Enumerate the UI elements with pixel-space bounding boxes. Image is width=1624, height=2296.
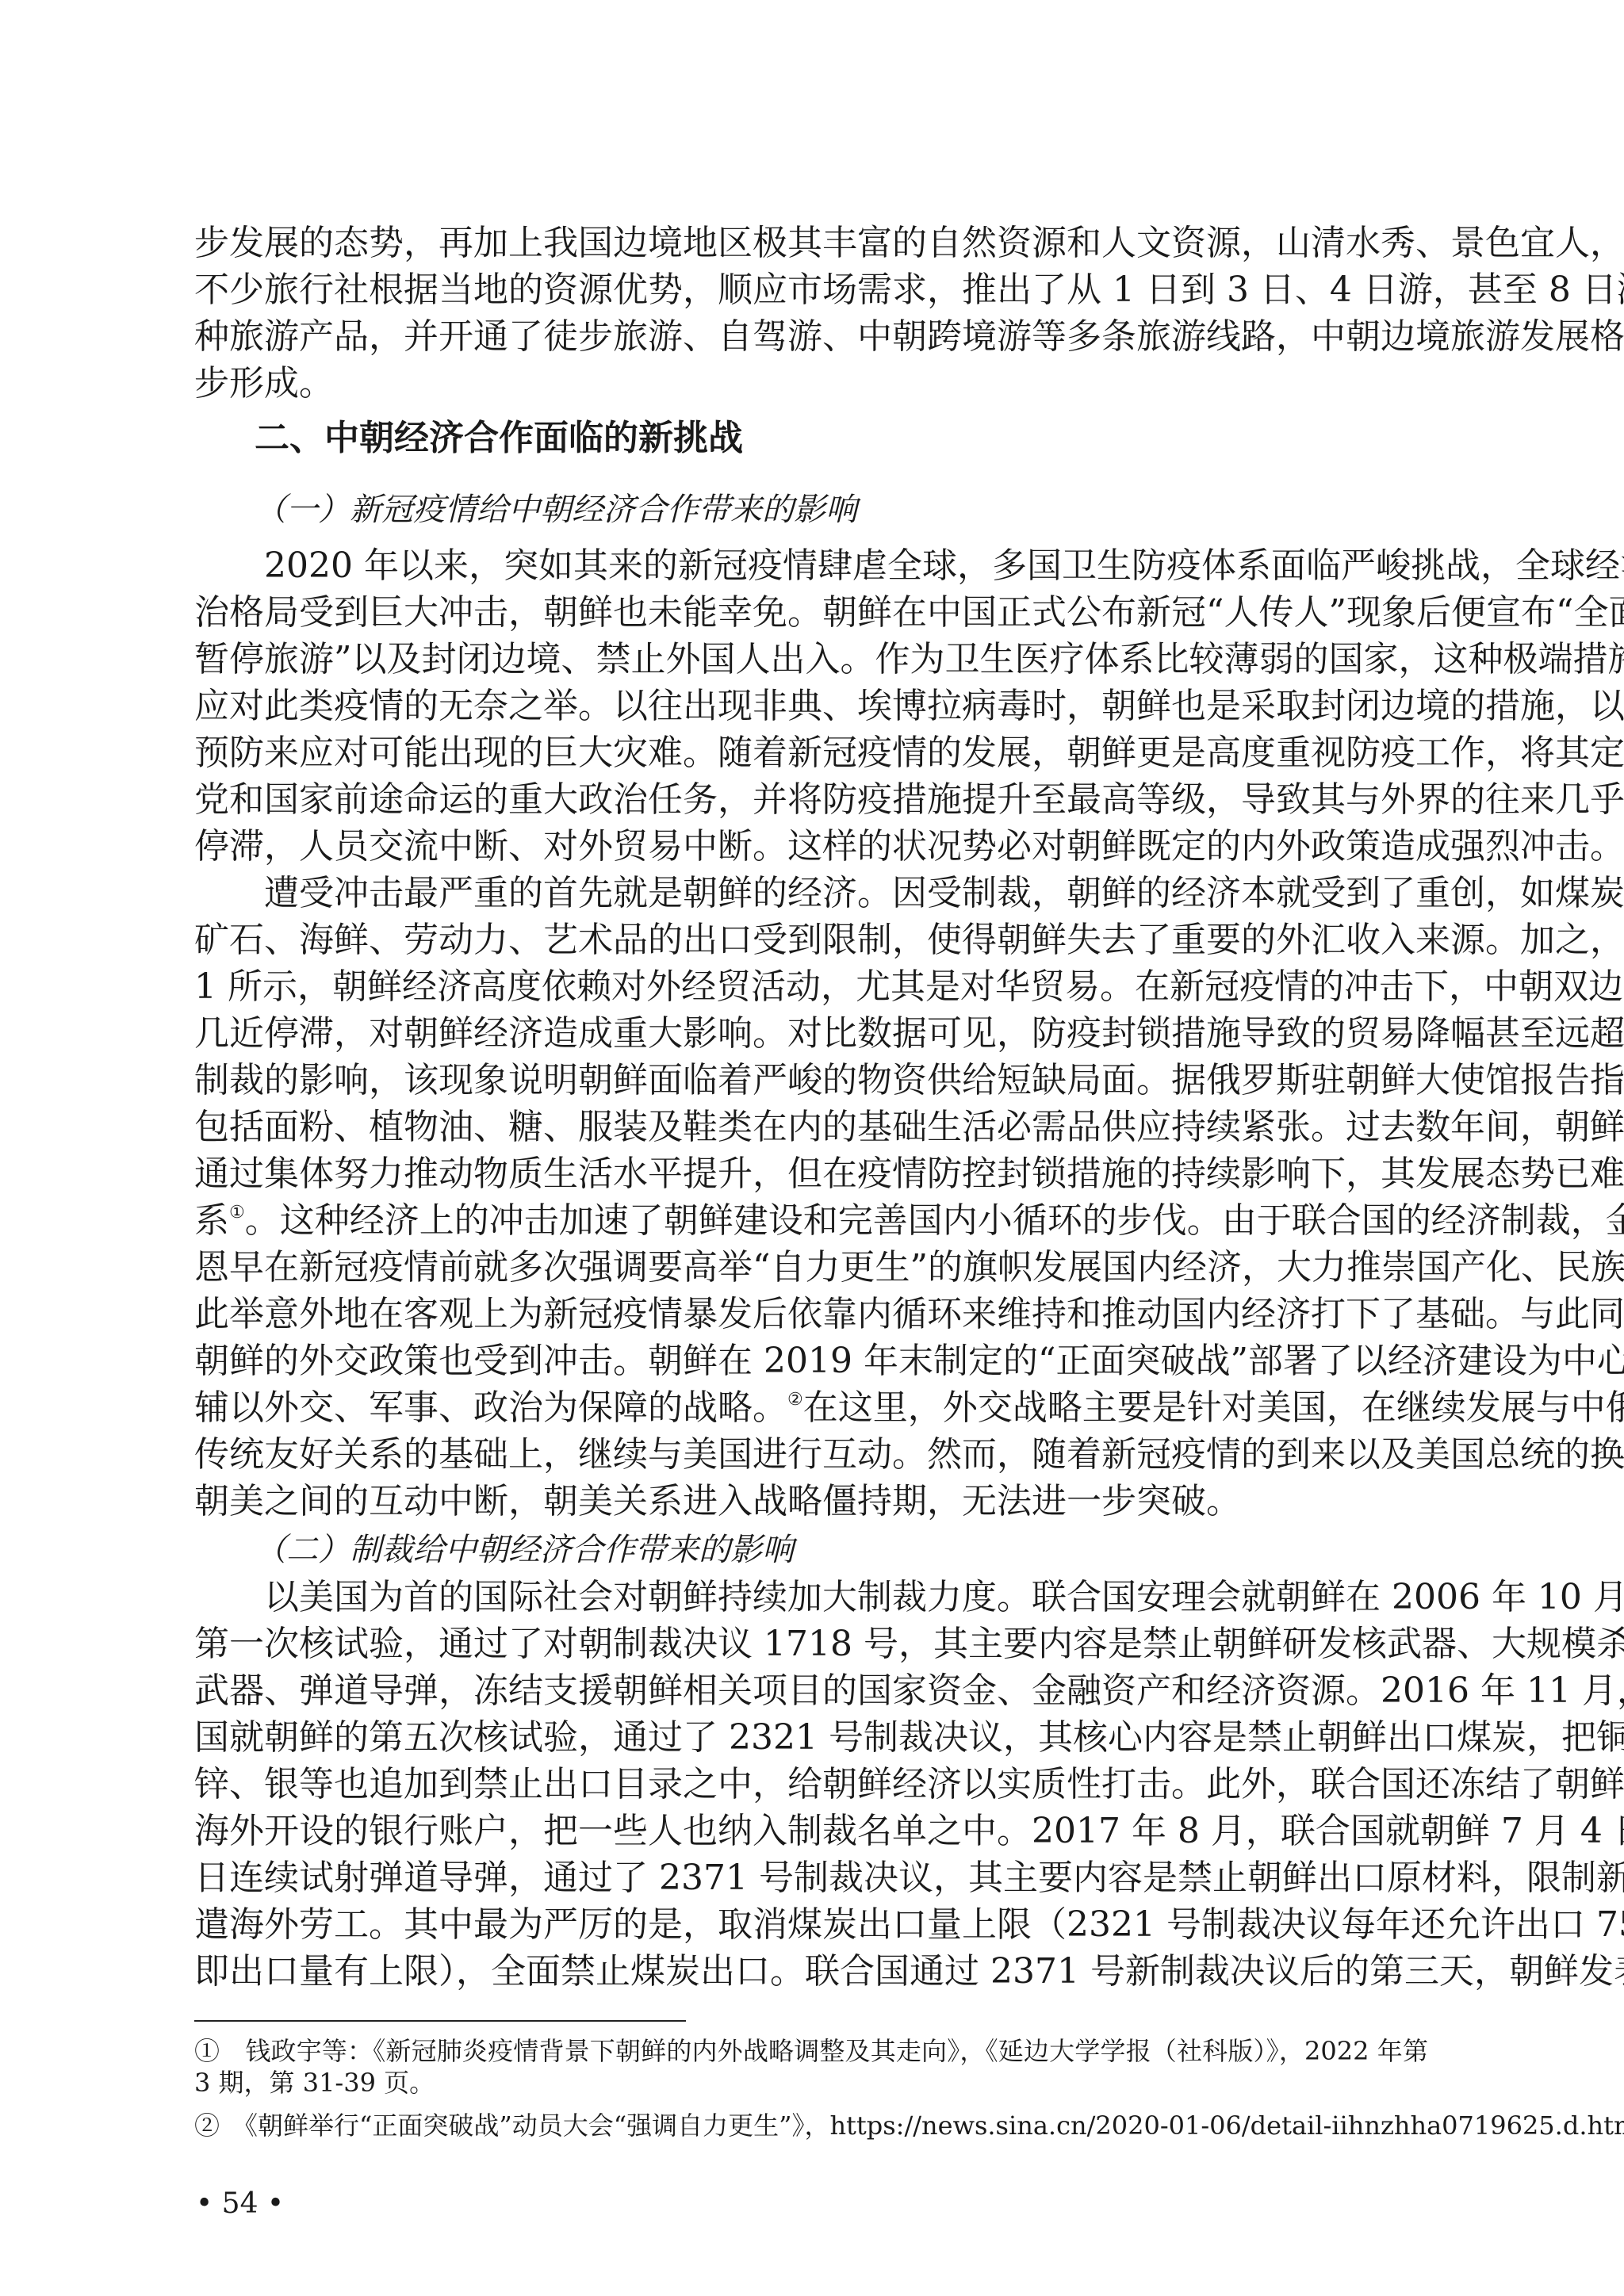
body-text-line: 2020 年以来，突如其来的新冠疫情肆虐全球，多国卫生防疫体系面临严峻挑战，全球… xyxy=(264,546,1428,586)
body-text-line: 恩早在新冠疫情前就多次强调要高举“自力更生”的旗帜发展国内经济，大力推崇国产化、… xyxy=(194,1248,1428,1288)
body-text-line: 朝美之间的互动中断，朝美关系进入战略僵持期，无法进一步突破。 xyxy=(194,1482,1428,1521)
body-text-line: 步形成。 xyxy=(194,364,1428,404)
body-text-line: 传统友好关系的基础上，继续与美国进行互动。然而，随着新冠疫情的到来以及美国总统的… xyxy=(194,1435,1428,1475)
footnote-2: ② 《朝鲜举行“正面突破战”动员大会“强调自力更生”》，https://news… xyxy=(194,2110,1428,2141)
body-text-line: 不少旅行社根据当地的资源优势，顺应市场需求，推出了从 1 日到 3 日、4 日游… xyxy=(194,270,1428,310)
body-text-line: 包括面粉、植物油、糖、服装及鞋类在内的基础生活必需品供应持续紧张。过去数年间，朝… xyxy=(194,1108,1428,1147)
subsection-heading: （一）新冠疫情给中朝经济合作带来的影响 xyxy=(255,490,857,530)
footnote-divider xyxy=(194,2020,686,2022)
footnote-ref-1[interactable]: ① xyxy=(229,1203,245,1223)
body-text-line: 应对此类疫情的无奈之举。以往出现非典、埃博拉病毒时，朝鲜也是采取封闭边境的措施，… xyxy=(194,687,1428,726)
body-text-line: 矿石、海鲜、劳动力、艺术品的出口受到限制，使得朝鲜失去了重要的外汇收入来源。加之… xyxy=(194,920,1428,960)
body-text-line: 国就朝鲜的第五次核试验，通过了 2321 号制裁决议，其核心内容是禁止朝鲜出口煤… xyxy=(194,1718,1428,1758)
section-heading: 二、中朝经济合作面临的新挑战 xyxy=(255,419,743,458)
body-text-line: 日连续试射弹道导弹，通过了 2371 号制裁决议，其主要内容是禁止朝鲜出口原材料… xyxy=(194,1858,1428,1898)
body-text: 在这里，外交战略主要是针对美国，在继续发展与中俄的 xyxy=(803,1387,1624,1428)
body-text: 。这种经济上的冲击加速了朝鲜建设和完善国内小循环的步伐。由于联合国的经济制裁，金… xyxy=(245,1200,1624,1241)
body-text: 系 xyxy=(194,1200,229,1241)
body-text-line: 朝鲜的外交政策也受到冲击。朝鲜在 2019 年末制定的“正面突破战”部署了以经济… xyxy=(194,1341,1428,1381)
body-text-line: 制裁的影响，该现象说明朝鲜面临着严峻的物资供给短缺局面。据俄罗斯驻朝鲜大使馆报告… xyxy=(194,1061,1428,1100)
body-text-line: 此举意外地在客观上为新冠疫情暴发后依靠内循环来维持和推动国内经济打下了基础。与此… xyxy=(194,1295,1428,1334)
body-text-line: 第一次核试验，通过了对朝制裁决议 1718 号，其主要内容是禁止朝鲜研发核武器、… xyxy=(194,1624,1428,1664)
page-number: • 54 • xyxy=(196,2188,284,2220)
body-text-line: 遣海外劳工。其中最为严厉的是，取消煤炭出口量上限（2321 号制裁决议每年还允许… xyxy=(194,1905,1428,1945)
body-text-line: 以美国为首的国际社会对朝鲜持续加大制裁力度。联合国安理会就朝鲜在 2006 年 … xyxy=(264,1578,1428,1617)
body-text-line: 1 所示，朝鲜经济高度依赖对外经贸活动，尤其是对华贸易。在新冠疫情的冲击下，中朝… xyxy=(194,967,1428,1007)
body-text-line: 即出口量有上限），全面禁止煤炭出口。联合国通过 2371 号新制裁决议后的第三天… xyxy=(194,1952,1428,1992)
body-text-line: 海外开设的银行账户，把一些人也纳入制裁名单之中。2017 年 8 月，联合国就朝… xyxy=(194,1812,1428,1851)
body-text-line: 预防来应对可能出现的巨大灾难。随着新冠疫情的发展，朝鲜更是高度重视防疫工作，将其… xyxy=(194,733,1428,773)
body-text-line: 暂停旅游”以及封闭边境、禁止外国人出入。作为卫生医疗体系比较薄弱的国家，这种极端… xyxy=(194,640,1428,679)
body-text-line: 党和国家前途命运的重大政治任务，并将防疫措施提升至最高等级，导致其与外界的往来几… xyxy=(194,780,1428,820)
body-text-line: 种旅游产品，并开通了徒步旅游、自驾游、中朝跨境游等多条旅游线路，中朝边境旅游发展… xyxy=(194,317,1428,357)
body-text-line: 遭受冲击最严重的首先就是朝鲜的经济。因受制裁，朝鲜的经济本就受到了重创，如煤炭、… xyxy=(264,874,1428,913)
body-text: 辅以外交、军事、政治为保障的战略。 xyxy=(194,1387,787,1428)
footnote-ref-2[interactable]: ② xyxy=(787,1390,803,1410)
footnote-1: ① 钱政宇等：《新冠肺炎疫情背景下朝鲜的内外战略调整及其走向》，《延边大学学报（… xyxy=(194,2036,1428,2066)
body-text-line: 通过集体努力推动物质生活水平提升，但在疫情防控封锁措施的持续影响下，其发展态势已… xyxy=(194,1154,1428,1194)
body-text-line: 锌、银等也追加到禁止出口目录之中，给朝鲜经济以实质性打击。此外，联合国还冻结了朝… xyxy=(194,1765,1428,1804)
body-text-line: 几近停滞，对朝鲜经济造成重大影响。对比数据可见，防疫封锁措施导致的贸易降幅甚至远… xyxy=(194,1014,1428,1054)
footnote-1-cont: 3 期，第 31-39 页。 xyxy=(194,2068,1428,2098)
body-text-line: 辅以外交、军事、政治为保障的战略。②在这里，外交战略主要是针对美国，在继续发展与… xyxy=(194,1388,1428,1428)
subsection-heading: （二）制裁给中朝经济合作带来的影响 xyxy=(255,1530,794,1570)
body-text-line: 步发展的态势，再加上我国边境地区极其丰富的自然资源和人文资源，山清水秀、景色宜人… xyxy=(194,224,1428,263)
body-text-line: 武器、弹道导弹，冻结支援朝鲜相关项目的国家资金、金融资产和经济资源。2016 年… xyxy=(194,1671,1428,1711)
body-text-line: 停滞，人员交流中断、对外贸易中断。这样的状况势必对朝鲜既定的内外政策造成强烈冲击… xyxy=(194,827,1428,867)
body-text-line: 治格局受到巨大冲击，朝鲜也未能幸免。朝鲜在中国正式公布新冠“人传人”现象后便宣布… xyxy=(194,593,1428,633)
body-text-line: 系①。这种经济上的冲击加速了朝鲜建设和完善国内小循环的步伐。由于联合国的经济制裁… xyxy=(194,1201,1428,1241)
